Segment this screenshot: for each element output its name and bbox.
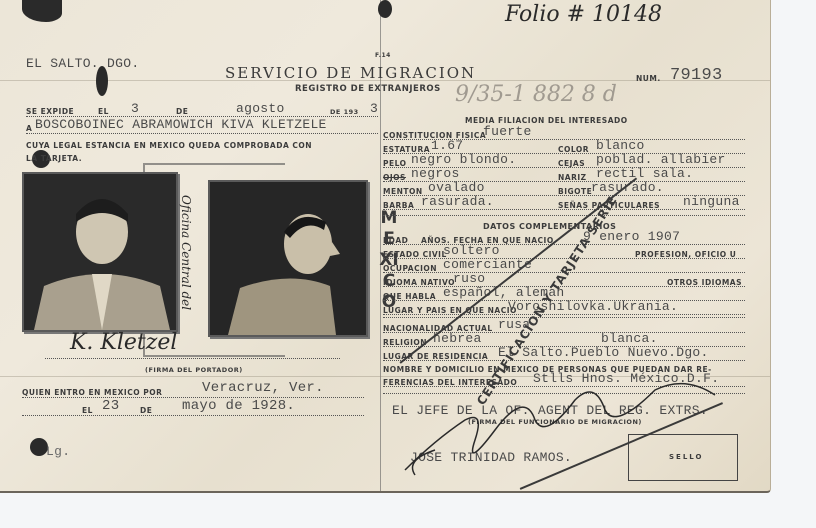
entry-el-label: EL <box>82 406 93 415</box>
idioma-value: ruso <box>453 271 485 286</box>
signature-line <box>45 357 340 359</box>
entry-date-line: EL 23 DE mayo de 1928. <box>22 401 364 416</box>
ojos-value: negros <box>411 166 460 181</box>
page-subtitle: REGISTRO DE EXTRANJEROS <box>295 84 441 94</box>
estatura-value: 1.67 <box>431 138 463 153</box>
raza-value: blanca. <box>601 331 658 346</box>
num-label: NUM. <box>636 74 661 83</box>
ink-blot <box>22 0 62 22</box>
pencil-note: 9/35-1 882 8 d <box>455 82 617 107</box>
entry-port: Veracruz, Ver. <box>202 380 324 396</box>
bigote-label: BIGOTE <box>558 187 592 196</box>
issue-day: 3 <box>131 101 139 116</box>
otros-idiomas-label: OTROS IDIOMAS <box>667 278 742 287</box>
portrait-front-icon <box>24 174 176 330</box>
pelo-label: PELO <box>383 159 407 168</box>
form-code: F.14 <box>375 52 391 59</box>
portrait-profile-icon <box>210 182 366 335</box>
bearer-signature-label: (FIRMA DEL PORTADOR) <box>145 366 243 374</box>
entry-port-line: QUIEN ENTRO EN MEXICO POR Veracruz, Ver. <box>22 383 364 398</box>
holder-name: BOSCOBOINEC ABRAMOWICH KIVA KLETZELE <box>35 117 327 132</box>
se-expide-label: SE EXPIDE <box>26 107 74 116</box>
blank-line <box>383 214 745 216</box>
barba-label: BARBA <box>383 201 414 210</box>
entry-de-label: DE <box>140 406 152 415</box>
edad-label: EDAD <box>383 236 408 245</box>
entry-label: QUIEN ENTRO EN MEXICO POR <box>22 388 162 397</box>
ocupacion-label: OCUPACION <box>383 264 437 273</box>
nariz-label: NARIZ <box>558 173 587 182</box>
cejas-value: poblad. allabier <box>596 152 726 167</box>
nariz-value: rectil sala. <box>596 166 693 181</box>
constitucion-value: fuerte <box>483 124 532 139</box>
bearer-signature: K. Kletzel <box>70 330 177 355</box>
page-title: SERVICIO DE MIGRACION <box>225 64 476 82</box>
year-label: DE 193 <box>330 108 359 116</box>
menton-label: MENTON <box>383 187 423 196</box>
ink-blot <box>378 0 392 18</box>
issue-year-digit: 3 <box>370 101 378 116</box>
vertical-office-stamp: Oficina Central del <box>179 195 193 310</box>
pelo-value: negro blondo. <box>411 152 516 167</box>
legal-stay-text: CUYA LEGAL ESTANCIA EN MEXICO QUEDA COMP… <box>26 141 312 150</box>
row-estado-civil: ESTADO CIVIL soltero PROFESION, OFICIO U <box>383 246 745 259</box>
num-value: 79193 <box>670 66 723 85</box>
row-lugar-nacimiento: LUGAR Y PAIS EN QUE NACIO Voroshilovka.U… <box>383 302 745 315</box>
issue-month: agosto <box>236 101 285 116</box>
de-label: DE <box>176 107 188 116</box>
entry-date: mayo de 1928. <box>182 398 295 414</box>
name-line: A BOSCOBOINEC ABRAMOWICH KIVA KLETZELE <box>26 120 378 134</box>
row-barba: BARBA rasurada. SEÑAS PARTICULARES ningu… <box>383 197 745 210</box>
religion-value: hebrea <box>433 331 482 346</box>
color-label: COLOR <box>558 145 589 154</box>
functionary-signature-icon <box>395 380 735 480</box>
residencia-value: El Salto.Pueblo Nuevo.Dgo. <box>498 345 709 360</box>
senas-value: ninguna <box>683 194 740 209</box>
menton-value: ovalado <box>428 180 485 195</box>
a-label: A <box>26 124 32 133</box>
residencia-label: LUGAR DE RESIDENCIA <box>383 352 488 361</box>
el-label: EL <box>98 107 109 116</box>
entry-day: 23 <box>102 398 119 414</box>
place-stamp: EL SALTO. DGO. <box>26 56 139 71</box>
habla-label: QUE HABLA <box>383 292 436 301</box>
barba-value: rasurada. <box>421 194 494 209</box>
initials: Lg. <box>46 444 70 459</box>
row-residencia: LUGAR DE RESIDENCIA El Salto.Pueblo Nuev… <box>383 348 745 361</box>
lugar-nacimiento-label: LUGAR Y PAIS EN QUE NACIO <box>383 306 517 315</box>
profesion-label: PROFESION, OFICIO U <box>635 250 736 259</box>
photo-profile <box>208 180 368 337</box>
migration-card: Folio # 10148 EL SALTO. DGO. F.14 SERVIC… <box>0 0 771 493</box>
issue-line: SE EXPIDE EL 3 DE agosto DE 193 3 <box>26 104 378 117</box>
color-value: blanco <box>596 138 645 153</box>
estado-civil-value: soltero <box>443 243 500 258</box>
cejas-label: CEJAS <box>558 159 585 168</box>
bigote-value: rasurado. <box>591 180 664 195</box>
photo-front <box>22 172 178 332</box>
tarjeta-text: LA TARJETA. <box>26 154 82 163</box>
blank-line <box>383 316 745 318</box>
estado-civil-label: ESTADO CIVIL <box>383 250 447 259</box>
ojos-label: OJOS <box>383 173 406 182</box>
folio-number: Folio # 10148 <box>505 2 662 27</box>
